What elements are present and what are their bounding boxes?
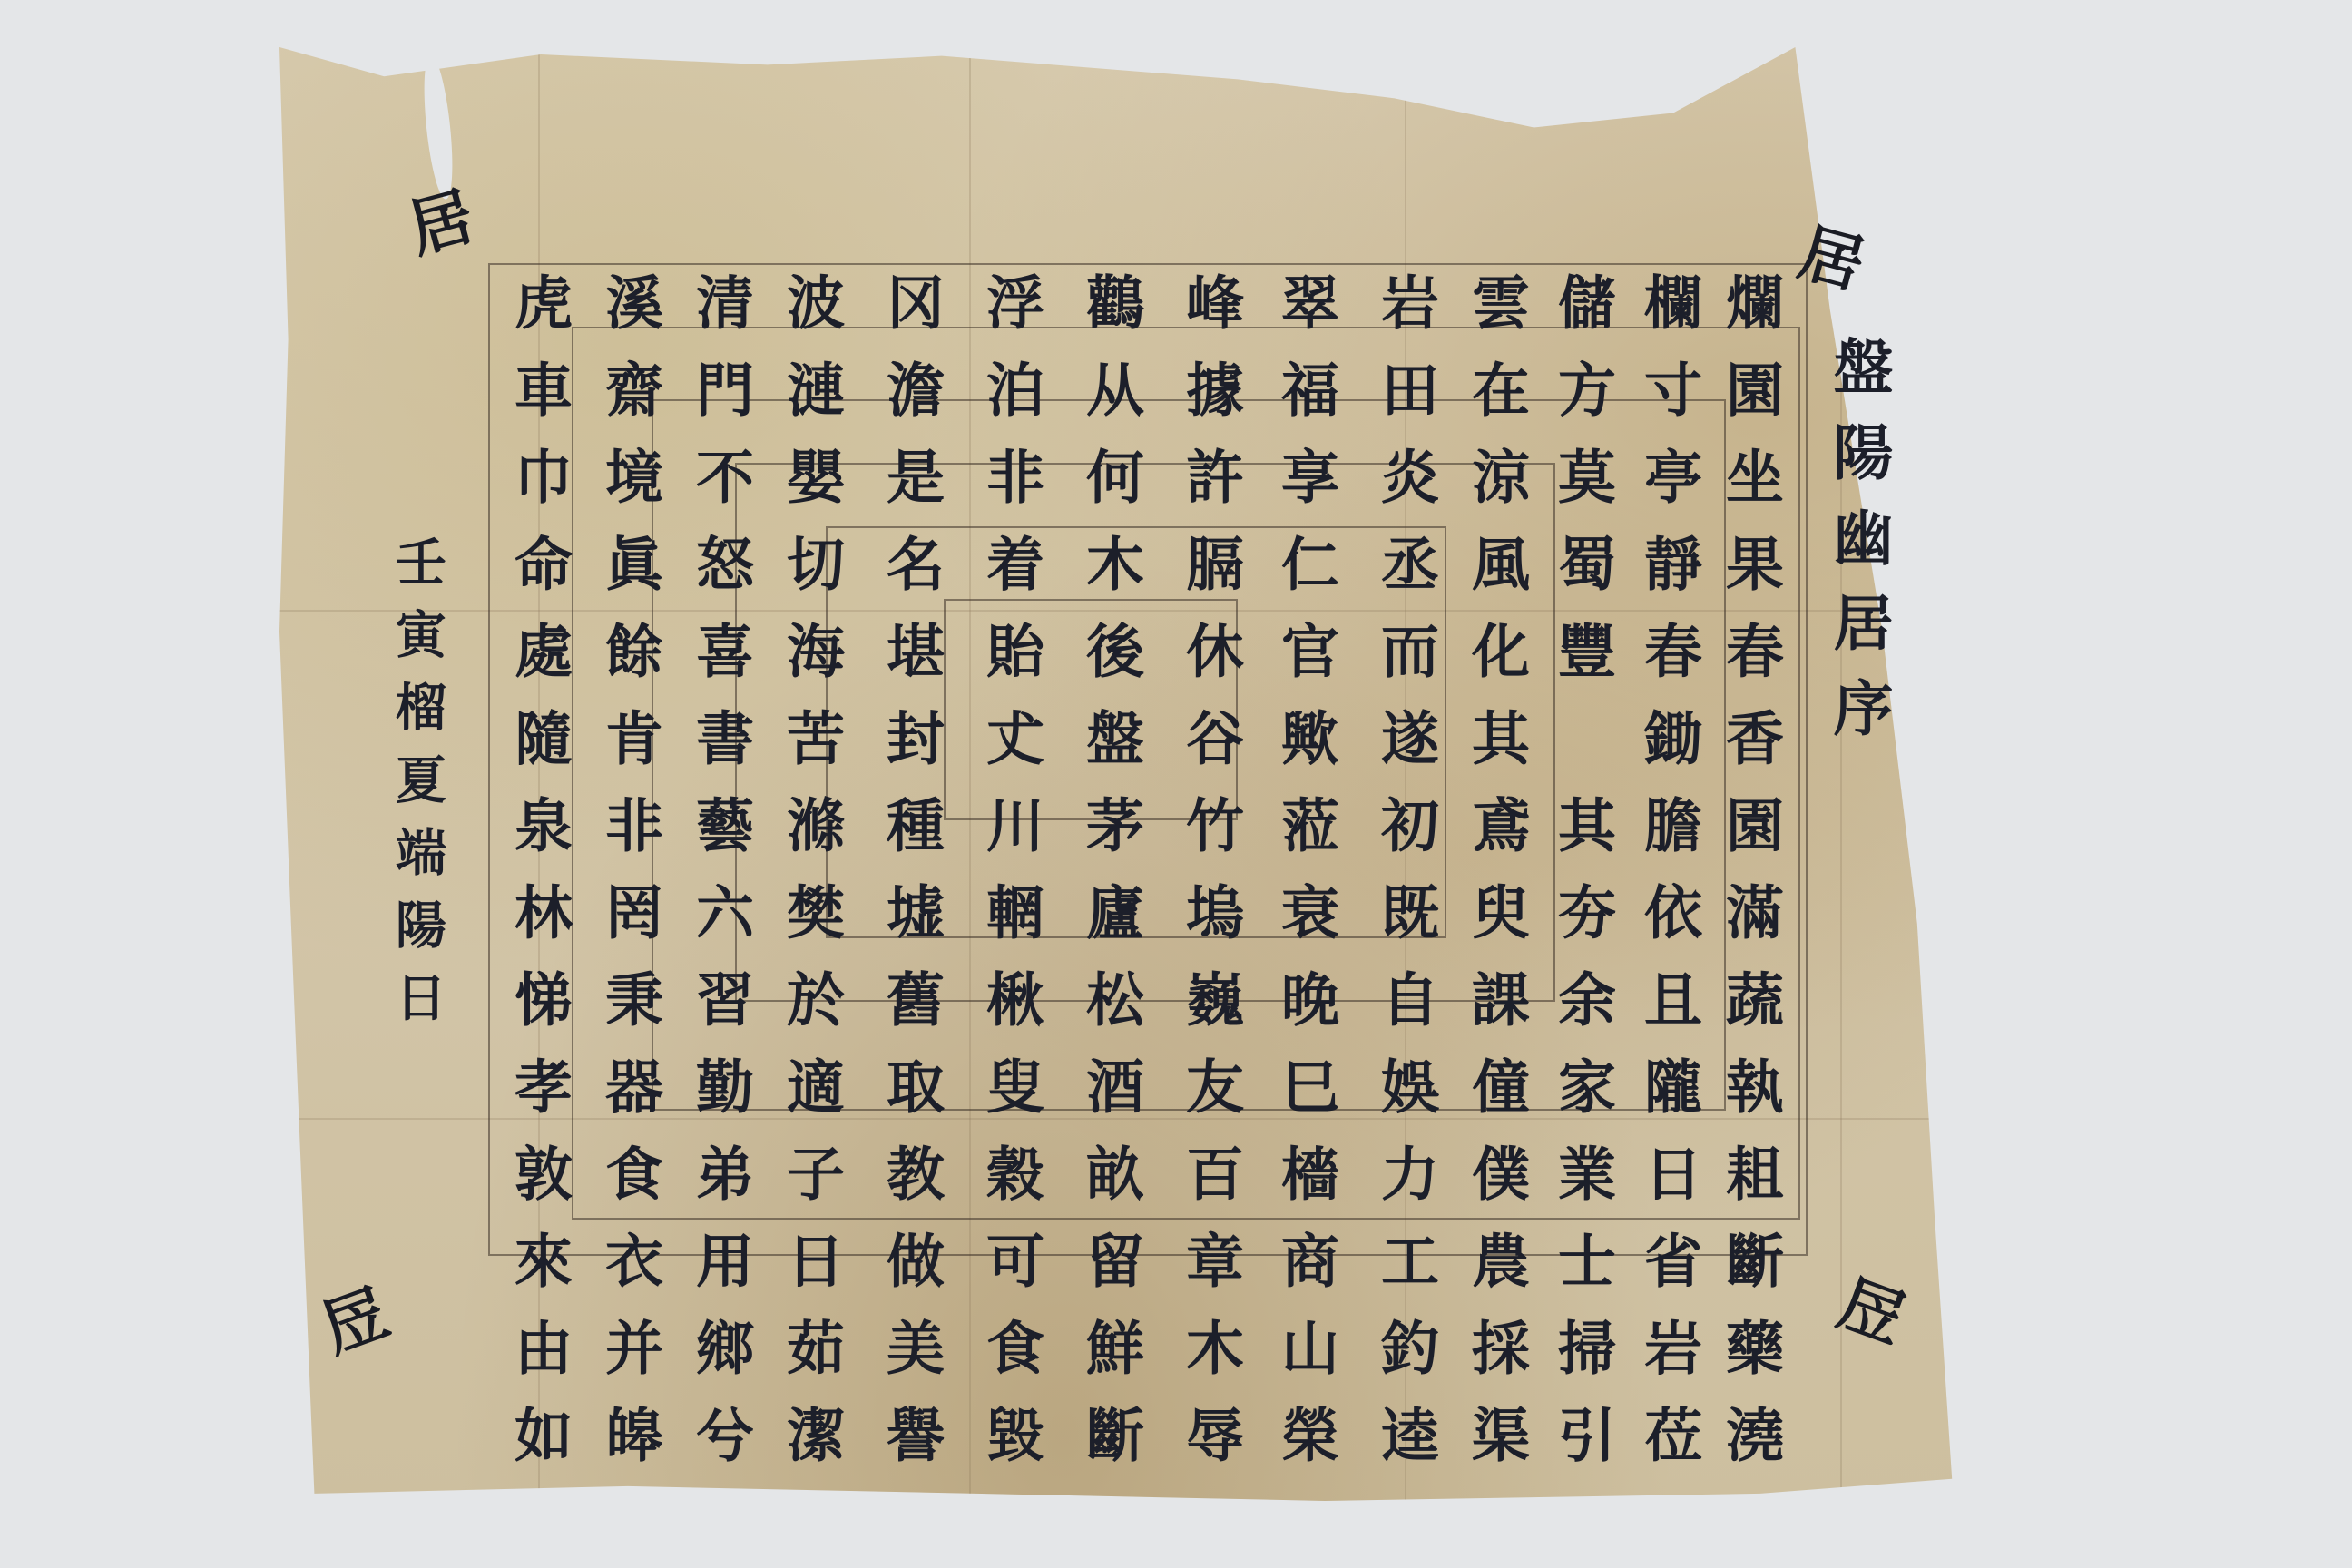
text-column-12: 清門不怒喜書藝六習勤弟用鄉兮 (676, 272, 763, 1492)
text-column-10: 冈澹是名堪封種墟舊取教做美譽 (867, 272, 954, 1492)
text-column-8: 鸛从何木後盤茅廬松酒畝留鮮斷 (1066, 272, 1153, 1492)
text-column-2: 欄寸亭靜春鋤膽依且隴日省岩莅 (1624, 272, 1711, 1492)
text-column-4: 雲在涼風化其鳶臾課僮僕農採渠 (1452, 272, 1539, 1492)
text-column-1: 爛園坐果春香園滿蔬執耝斷藥澆 (1706, 272, 1793, 1492)
text-column-6: 翠福享仁官歟蒞衰晚巳檣商山榮 (1261, 272, 1348, 1492)
text-column-11: 波漣嬰切海苦滌樊於適子日茹潔 (767, 272, 854, 1492)
text-column-13: 溪齋境眞餘肯非罔秉器食衣并皞 (585, 272, 672, 1492)
title-column: 盤陽幽居序 (1815, 336, 1902, 762)
text-column-3: 儲方莫蜀豐𢤵其夯余家業士掃引 (1538, 272, 1625, 1492)
text-column-7: 峰據許膈休谷竹塢巍友百章木辱 (1166, 272, 1253, 1492)
text-column-5: 岩田炎丞而遂初既自娛力工釣逵 (1361, 272, 1448, 1492)
date-text: 壬寅榴夏端陽日 (381, 535, 454, 1044)
title-text: 盤陽幽居序 (1815, 336, 1902, 762)
date-column: 壬寅榴夏端陽日 (381, 535, 454, 1044)
text-column-9: 浮泊非着貽𠀋川輞楸叟穀可食毀 (966, 272, 1053, 1492)
text-column-14: 虎車巾命處隨泉林悌孝敦來由如 (495, 272, 582, 1492)
